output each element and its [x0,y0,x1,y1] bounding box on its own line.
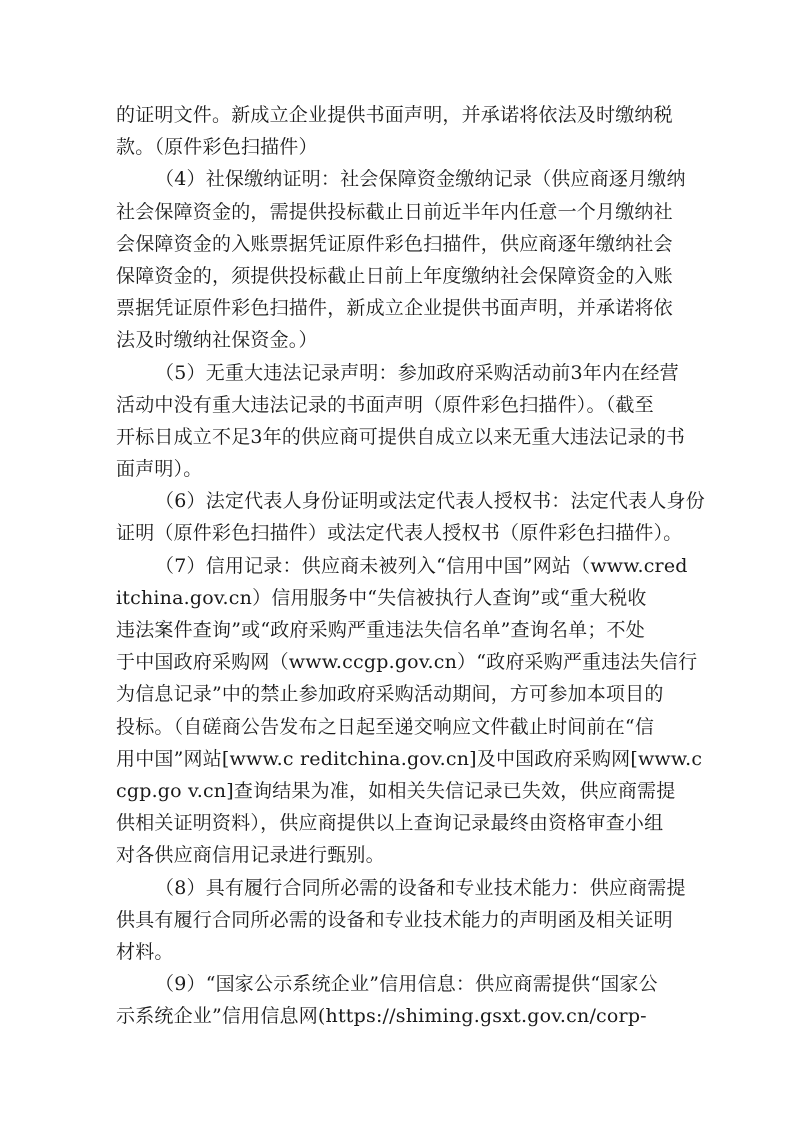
text-line: 供相关证明资料），供应商提供以上查询记录最终由资格审查小组 [116,807,676,839]
paragraph-credit-record: （7）信用记录：供应商未被列入“信用中国”网站（www.cred itchina… [116,550,676,872]
text-line: （7）信用记录：供应商未被列入“信用中国”网站（www.cred [116,550,676,582]
paragraph-enterprise-credit-info: （9）“国家公示系统企业”信用信息：供应商需提供“国家公 示系统企业”信用信息网… [116,968,676,1032]
text-line: 投标。（自磋商公告发布之日起至递交响应文件截止时间前在“信 [116,711,676,743]
text-line: 的证明文件。新成立企业提供书面声明，并承诺将依法及时缴纳税 [116,99,676,131]
text-line: 款。（原件彩色扫描件） [116,131,676,163]
text-line: 开标日成立不足3年的供应商可提供自成立以来无重大违法记录的书 [116,421,676,453]
text-line: 社会保障资金的，需提供投标截止日前近半年内任意一个月缴纳社 [116,196,676,228]
text-line: 材料。 [116,936,676,968]
paragraph-no-violation-statement: （5）无重大违法记录声明：参加政府采购活动前3年内在经营 活动中没有重大违法记录… [116,357,676,486]
paragraph-technical-capability: （8）具有履行合同所必需的设备和专业技术能力：供应商需提 供具有履行合同所必需的… [116,872,676,969]
text-line: （9）“国家公示系统企业”信用信息：供应商需提供“国家公 [116,968,676,1000]
text-line: 面声明）。 [116,453,676,485]
text-line: 为信息记录”中的禁止参加政府采购活动期间，方可参加本项目的 [116,678,676,710]
text-line: 证明（原件彩色扫描件）或法定代表人授权书（原件彩色扫描件）。 [116,517,676,549]
text-line: 票据凭证原件彩色扫描件，新成立企业提供书面声明，并承诺将依 [116,292,676,324]
text-line: （5）无重大违法记录声明：参加政府采购活动前3年内在经营 [116,357,676,389]
text-line: 违法案件查询”或“政府采购严重违法失信名单”查询名单；不处 [116,614,676,646]
text-line: 会保障资金的入账票据凭证原件彩色扫描件，供应商逐年缴纳社会 [116,228,676,260]
paragraph-tax-proof-continued: 的证明文件。新成立企业提供书面声明，并承诺将依法及时缴纳税 款。（原件彩色扫描件… [116,99,676,163]
text-line: 于中国政府采购网（www.ccgp.gov.cn）“政府采购严重违法失信行 [116,646,676,678]
text-line: 对各供应商信用记录进行甄别。 [116,839,676,871]
text-line: 用中国”网站[www.c reditchina.gov.cn]及中国政府采购网[… [116,743,676,775]
text-line: 保障资金的，须提供投标截止日前上年度缴纳社会保障资金的入账 [116,260,676,292]
text-line: 供具有履行合同所必需的设备和专业技术能力的声明函及相关证明 [116,904,676,936]
text-line: （6）法定代表人身份证明或法定代表人授权书：法定代表人身份 [116,485,676,517]
paragraph-legal-representative: （6）法定代表人身份证明或法定代表人授权书：法定代表人身份 证明（原件彩色扫描件… [116,485,676,549]
text-line: cgp.go v.cn]查询结果为准，如相关失信记录已失效，供应商需提 [116,775,676,807]
text-line: （8）具有履行合同所必需的设备和专业技术能力：供应商需提 [116,872,676,904]
paragraph-social-security-proof: （4）社保缴纳证明：社会保障资金缴纳记录（供应商逐月缴纳 社会保障资金的，需提供… [116,163,676,356]
text-line: 活动中没有重大违法记录的书面声明（原件彩色扫描件）。（截至 [116,389,676,421]
text-line: （4）社保缴纳证明：社会保障资金缴纳记录（供应商逐月缴纳 [116,163,676,195]
text-line: 法及时缴纳社保资金。） [116,324,676,356]
text-line: itchina.gov.cn）信用服务中“失信被执行人查询”或“重大税收 [116,582,676,614]
text-line: 示系统企业”信用信息网(https://shiming.gsxt.gov.cn/… [116,1000,676,1032]
document-page: 的证明文件。新成立企业提供书面声明，并承诺将依法及时缴纳税 款。（原件彩色扫描件… [116,99,676,1032]
